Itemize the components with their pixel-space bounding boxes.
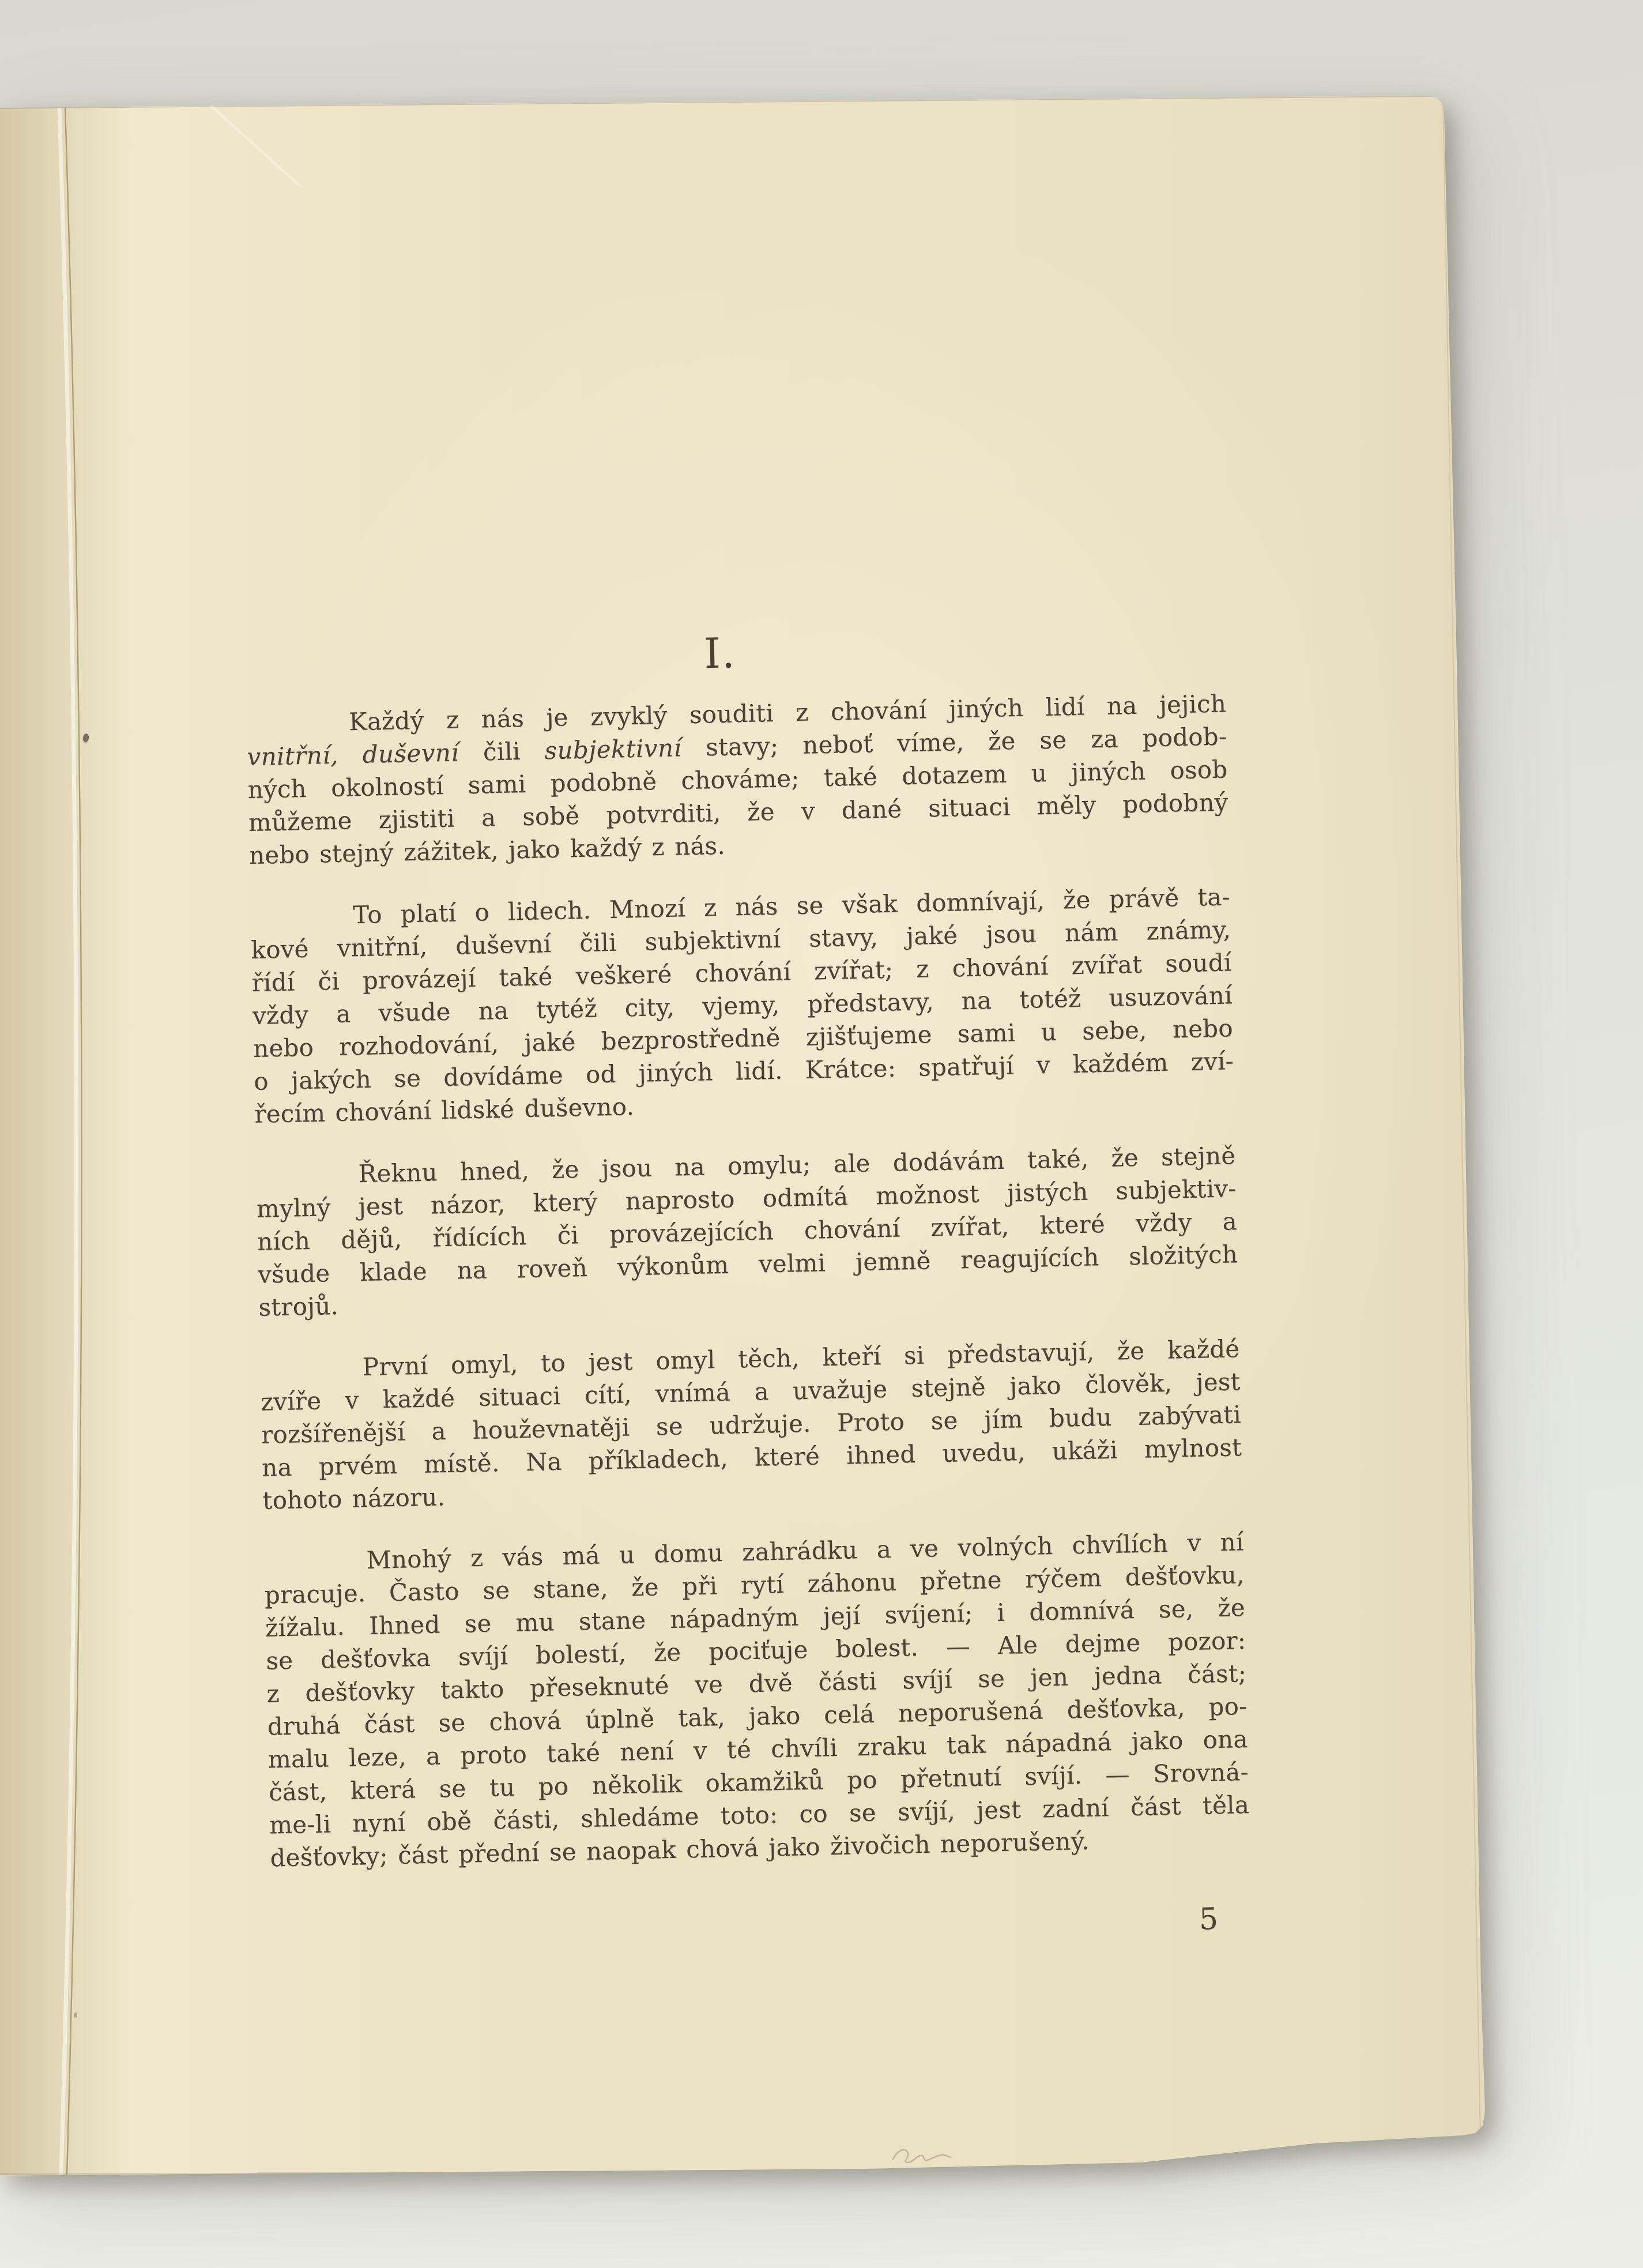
page-bottom-edge xyxy=(0,2170,1153,2175)
scanned-book-photo: { "document": { "section_heading": "I.",… xyxy=(0,0,1643,2268)
body-paragraphs: Každý z nás je zvyklý souditi z chování … xyxy=(246,687,1250,1874)
pencil-scribble-icon xyxy=(891,2142,967,2168)
paragraph: To platí o lidech. Mnozí z nás se však d… xyxy=(250,880,1235,1131)
text-run: nebo stejný zážitek, jako každý z nás. xyxy=(249,832,726,870)
paragraph: Řeknu hned, že jsou na omylu; ale dodává… xyxy=(255,1139,1239,1324)
gutter-shade xyxy=(0,104,133,2180)
italic-run: vnitřní, duševní xyxy=(247,738,459,771)
fold-speck xyxy=(74,2013,77,2018)
section-heading: I. xyxy=(244,621,1225,684)
binding-thread-knot xyxy=(82,733,89,742)
book-page: I. Každý z nás je zvyklý souditi z chová… xyxy=(0,0,1643,2268)
paragraph: První omyl, to jest omyl těch, kteří si … xyxy=(259,1332,1243,1517)
italic-run: subjektivní xyxy=(544,734,682,765)
page-bottom-edge-right xyxy=(1144,2137,1489,2165)
text-block: I. Každý z nás je zvyklý souditi z chová… xyxy=(244,621,1252,1956)
text-run: řecím chování lidské duševno. xyxy=(254,1092,635,1129)
page-right-edge xyxy=(1442,98,1481,2133)
paragraph: Každý z nás je zvyklý souditi z chování … xyxy=(246,687,1230,872)
text-run: tohoto názoru. xyxy=(262,1483,446,1515)
book-page-wrap: I. Každý z nás je zvyklý souditi z chová… xyxy=(0,0,1643,2268)
paragraph: Mnohý z vás má u domu zahrádku a ve voln… xyxy=(263,1525,1250,1874)
page-number: 5 xyxy=(272,1901,1252,1957)
page-top-edge xyxy=(0,96,1441,109)
text-run: strojů. xyxy=(258,1292,339,1322)
text-run: čili xyxy=(459,736,545,766)
paper-crease-icon xyxy=(208,103,301,187)
